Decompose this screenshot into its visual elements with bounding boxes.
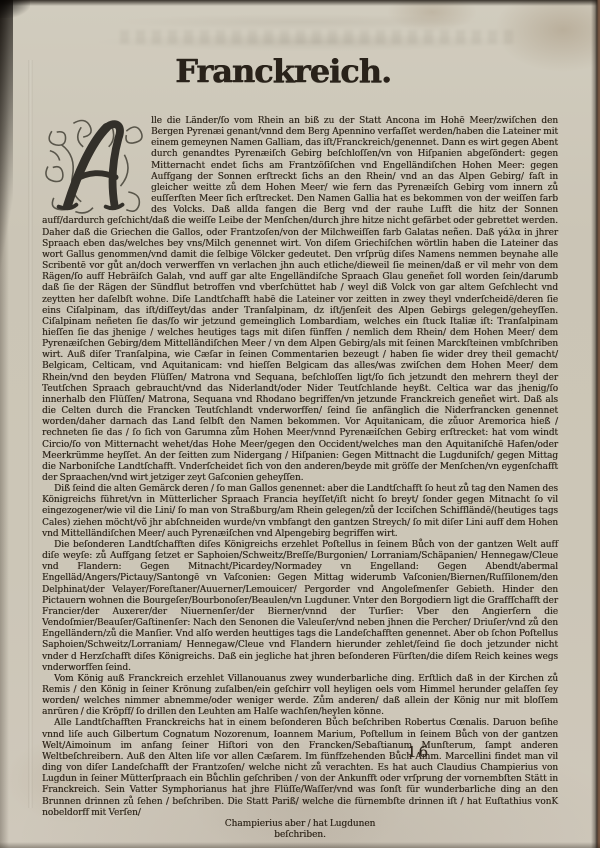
book-page: Franckreich. xyxy=(0,0,600,848)
ornamental-initial-a-icon xyxy=(42,117,144,214)
closing-line-2: beſchriben. xyxy=(42,830,558,841)
page-edge-binding-right xyxy=(591,0,600,848)
paragraph-1: Alle die Länder/ſo vom Rhein an biß zu d… xyxy=(42,116,558,484)
paragraph-3: Die beſonderen Landtſchafften diſes Köni… xyxy=(42,540,558,674)
page-title: Franckreich. xyxy=(0,52,583,90)
paragraph-2: Diß ſeind die alten Gemärck deren / ſo m… xyxy=(42,484,558,540)
paper-crease xyxy=(28,60,33,808)
page-number: 16 xyxy=(407,743,430,761)
page-edge-shadow-bottom xyxy=(0,842,600,848)
page-edge-shadow-top xyxy=(0,0,600,6)
page-corner-shadow-top-left xyxy=(0,0,30,18)
paragraph-5: Alle Landtſchafften Franckreichs hat in … xyxy=(42,718,558,818)
closing-line-1: Champierius aber / hat Lugdunen xyxy=(42,819,558,830)
body-text-block: Alle die Länder/ſo vom Rhein an biß zu d… xyxy=(42,116,558,841)
paragraph-4: Vom König auß Franckreich erzehlet Villa… xyxy=(42,674,558,719)
verso-bleedthrough-texture xyxy=(120,30,520,44)
page-edge-shadow-left xyxy=(0,0,13,330)
